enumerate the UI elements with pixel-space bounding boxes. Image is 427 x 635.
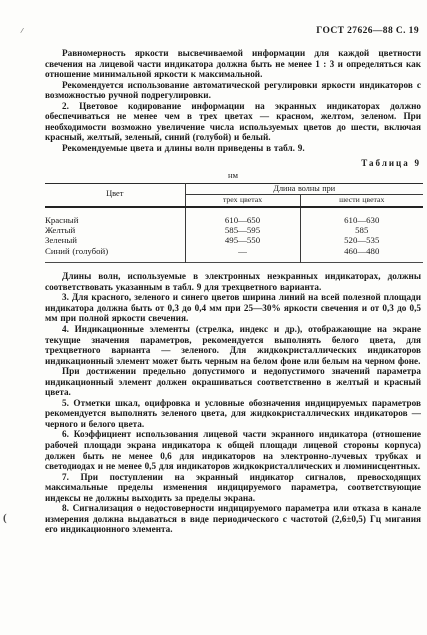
color-name: Синий (голубой) bbox=[45, 246, 185, 263]
table-row-red: Красный 610—650 610—630 bbox=[45, 207, 423, 225]
paragraph-clause-7: 7. При поступлении на экранный индикатор… bbox=[45, 472, 421, 504]
column-header-three-colors: трех цветах bbox=[185, 195, 300, 207]
column-header-wavelength: Длина волны при bbox=[185, 183, 423, 195]
paragraph-recommended-colors: Рекомендуемые цвета и длины волн приведе… bbox=[45, 143, 421, 154]
paragraph-auto-regulation: Рекомендуется использование автоматическ… bbox=[45, 80, 421, 101]
table-row-yellow: Желтый 585—595 585 bbox=[45, 225, 423, 235]
color-name: Желтый bbox=[45, 225, 185, 235]
document-body: Равномерность яркости высвечиваемой инфо… bbox=[45, 48, 421, 535]
wavelength-six-colors: 520—535 bbox=[300, 235, 423, 245]
color-name: Красный bbox=[45, 207, 185, 225]
page-header-doc-ref: ГОСТ 27626—88 С. 19 bbox=[316, 26, 419, 36]
paragraph-limit-values: При достижении предельно допустимого и н… bbox=[45, 366, 421, 398]
paragraph-uniformity: Равномерность яркости высвечиваемой инфо… bbox=[45, 48, 421, 80]
paragraph-clause-5: 5. Отметки шкал, оцифровка и условные об… bbox=[45, 398, 421, 430]
table-row-blue: Синий (голубой) — 460—480 bbox=[45, 246, 423, 263]
column-header-six-colors: шести цветах bbox=[300, 195, 423, 207]
table-unit-label: нм bbox=[45, 170, 421, 181]
wavelength-three-colors: — bbox=[185, 246, 300, 263]
paragraph-clause-6: 6. Коэффициент использования лицевой час… bbox=[45, 429, 421, 471]
scan-artifact-slash: / bbox=[20, 26, 24, 35]
column-header-color: Цвет bbox=[45, 183, 185, 207]
wavelength-six-colors: 610—630 bbox=[300, 207, 423, 225]
wavelength-three-colors: 495—550 bbox=[185, 235, 300, 245]
document-page: / ГОСТ 27626—88 С. 19 Равномерность ярко… bbox=[0, 0, 427, 635]
table-row-green: Зеленый 495—550 520—535 bbox=[45, 235, 423, 245]
wavelength-six-colors: 460—480 bbox=[300, 246, 423, 263]
wavelength-three-colors: 585—595 bbox=[185, 225, 300, 235]
paragraph-clause-2: 2. Цветовое кодирование информации на эк… bbox=[45, 101, 421, 143]
wavelength-table: Цвет Длина волны при трех цветах шести ц… bbox=[45, 183, 423, 264]
color-name: Зеленый bbox=[45, 235, 185, 245]
paragraph-non-screen-indicators: Длины волн, используемые в электронных н… bbox=[45, 271, 421, 292]
paragraph-clause-3: 3. Для красного, зеленого и синего цвето… bbox=[45, 292, 421, 324]
wavelength-three-colors: 610—650 bbox=[185, 207, 300, 225]
wavelength-six-colors: 585 bbox=[300, 225, 423, 235]
paragraph-clause-4: 4. Индикационные элементы (стрелка, инде… bbox=[45, 324, 421, 366]
table-caption: Таблица 9 bbox=[45, 158, 421, 169]
paragraph-clause-8: 8. Сигнализация о недостоверности индици… bbox=[45, 503, 421, 535]
table-header-row: Цвет Длина волны при bbox=[45, 183, 423, 195]
scan-artifact-paren: ( bbox=[3, 512, 7, 524]
